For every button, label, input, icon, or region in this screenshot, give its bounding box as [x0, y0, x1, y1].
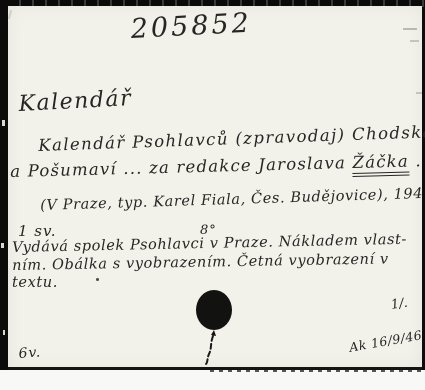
scan-artifact — [416, 92, 422, 94]
shelf-mark: 6v. — [18, 344, 42, 362]
title-line-2-prefix: a Pošumaví ... za redakce Jaroslava — [10, 153, 353, 181]
accession-number: 205852 — [130, 8, 253, 45]
cataloguer-signature-date: Ak 16/9/46 — [348, 327, 423, 355]
copy-mark: 1/. — [390, 296, 409, 313]
note-line-3: textu. — [12, 275, 58, 291]
scan-artifact — [8, 10, 12, 19]
extent-note: 1 sv. — [18, 222, 56, 240]
scan-artifact — [403, 28, 417, 30]
scan-left-edge — [0, 0, 8, 372]
imprint-line: (V Praze, typ. Karel Fiala, Čes. Budějov… — [40, 185, 425, 214]
card-bottom-dotted-edge — [210, 370, 425, 372]
title-line-2-suffix: . — [409, 151, 422, 170]
scan-speck — [1, 243, 4, 248]
title-line-1: Kalendář Psohlavců (zpravodaj) Chodska — [38, 122, 425, 155]
catalog-card: 205852 Kalendář Kalendář Psohlavců (zpra… — [8, 6, 422, 370]
scan-speck — [3, 330, 5, 335]
scanner-background — [0, 370, 425, 390]
card-heading: Kalendář — [18, 86, 133, 117]
scan-artifact — [96, 278, 99, 281]
scan-artifact — [410, 40, 419, 42]
title-line-2: a Pošumaví ... za redakce Jaroslava Žáčk… — [10, 151, 422, 181]
scan-speck — [2, 120, 5, 126]
ink-blot-punch-hole — [191, 290, 237, 368]
scanned-catalog-card: 205852 Kalendář Kalendář Psohlavců (zpra… — [0, 0, 425, 390]
editor-surname-underlined: Žáčka — [352, 152, 409, 177]
